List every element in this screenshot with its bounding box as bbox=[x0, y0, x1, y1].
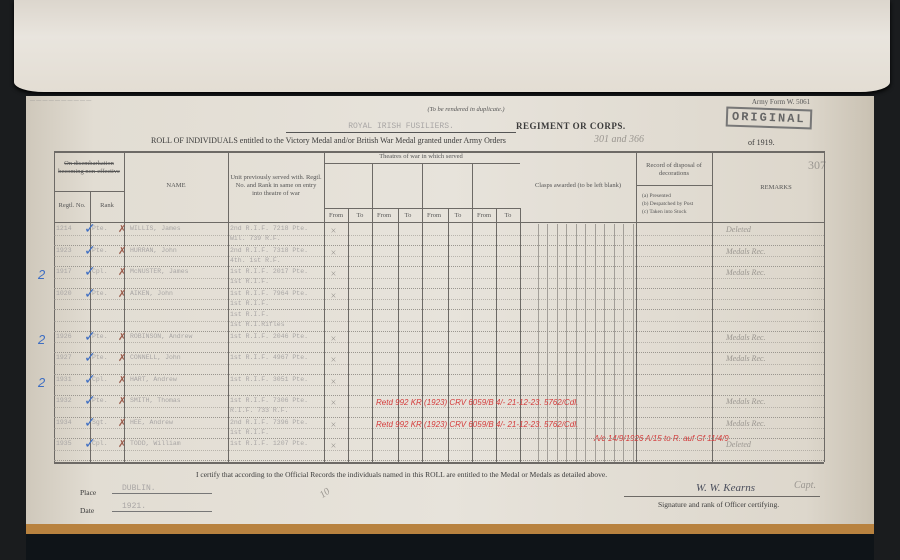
red-ink-annotation: Retd 992 KR (1923) CRV 6059/B 4/- 21-12-… bbox=[376, 398, 578, 407]
regiment-name: ROYAL IRISH FUSILIERS. bbox=[286, 122, 516, 133]
row-subrule bbox=[54, 364, 824, 365]
unit-line2-cell: R.I.F. 733 R.F. bbox=[230, 407, 322, 414]
disposal-option-c: (c) Taken into Stock bbox=[642, 208, 687, 216]
duplicate-note: (To be rendered in duplicate.) bbox=[376, 106, 556, 114]
unit-cell: 1st R.I.F. 2017 Pte. bbox=[230, 268, 322, 275]
table-row: 1923Pte.HURRAN, John2nd R.I.F. 7318 Pte.… bbox=[26, 246, 874, 268]
name-cell: CONNELL, John bbox=[130, 354, 226, 361]
signature: W. W. Kearns bbox=[696, 482, 755, 494]
medal-roll-sheet: — — — — — — — — — — Army Form W. 5061 (T… bbox=[26, 96, 874, 528]
table-row: 1214Pte.WILLIS, James2nd R.I.F. 7218 Pte… bbox=[26, 224, 874, 246]
name-cell: HART, Andrew bbox=[130, 376, 226, 383]
col-rank: Rank bbox=[92, 202, 122, 210]
name-cell: SMITH, Thomas bbox=[130, 397, 226, 404]
row-subrule bbox=[54, 278, 824, 279]
tick-cross-mark-icon: ✗ bbox=[118, 418, 126, 429]
theatre-2-from-header: From bbox=[372, 212, 396, 220]
officer-rank-handwritten: Capt. bbox=[794, 480, 816, 491]
regiment-label: REGIMENT OR CORPS. bbox=[516, 121, 626, 131]
name-cell: WILLIS, James bbox=[130, 225, 226, 232]
row-subrule bbox=[54, 450, 824, 451]
tick-cross-mark-icon: ✗ bbox=[118, 246, 126, 257]
pencil-fraction: 10 bbox=[318, 486, 333, 501]
page-edge bbox=[26, 524, 874, 534]
unit-cell: 1st R.I.F. 4967 Pte. bbox=[230, 354, 322, 361]
binding-background bbox=[26, 534, 874, 560]
row-subrule bbox=[54, 299, 824, 300]
table-row: 1st R.I.F.1st R.I.Rifles bbox=[26, 310, 874, 332]
name-cell: HURRAN, John bbox=[130, 247, 226, 254]
unit-cell: 1st R.I.F. 7964 Pte. bbox=[230, 290, 322, 297]
row-rule bbox=[54, 460, 824, 461]
form-number: Army Form W. 5061 bbox=[726, 98, 836, 106]
remark-cell: Medals Rec. bbox=[726, 268, 826, 277]
unit-line2-cell: Wil. 739 R.F. bbox=[230, 235, 322, 242]
unit-cell: 1st R.I.F. 7306 Pte. bbox=[230, 397, 322, 404]
tick-cross-mark-icon: ✗ bbox=[118, 267, 126, 278]
row-subrule bbox=[54, 385, 824, 386]
remark-cell: Medals Rec. bbox=[726, 333, 826, 342]
remark-cell: Medals Rec. bbox=[726, 397, 826, 406]
row-subrule bbox=[54, 256, 824, 257]
row-subrule bbox=[54, 235, 824, 236]
name-cell: HEE, Andrew bbox=[130, 419, 226, 426]
remark-cell: Medals Rec. bbox=[726, 247, 826, 256]
roll-title: ROLL OF INDIVIDUALS entitled to the Vict… bbox=[151, 136, 506, 145]
roll-year: of 1919. bbox=[748, 138, 775, 147]
theatre-1-to-header: To bbox=[348, 212, 372, 220]
table-row: 1917Cpl.McNUSTER, James1st R.I.F. 2017 P… bbox=[26, 267, 874, 289]
col-disposal: Record of disposal of decorations bbox=[638, 162, 710, 178]
col-clasps: Clasps awarded (to be left blank) bbox=[520, 182, 636, 190]
remark-cell: Deleted bbox=[726, 440, 826, 449]
table-row: 1934Sgt.HEE, Andrew2nd R.I.F. 7396 Pte.1… bbox=[26, 418, 874, 440]
unit-cell: 1st R.I.F. 1207 Pte. bbox=[230, 440, 322, 447]
margin-number: 2 bbox=[38, 267, 45, 282]
tick-cross-mark-icon: ✗ bbox=[118, 224, 126, 235]
row-subrule bbox=[54, 321, 824, 322]
unit-line2-cell: 1st R.I.F. bbox=[230, 278, 322, 285]
table-row: 1935Cpl.TODD, William1st R.I.F. 1207 Pte… bbox=[26, 439, 874, 461]
unit-line2-cell: 1st R.I.F. bbox=[230, 300, 322, 307]
col-name: NAME bbox=[126, 182, 226, 190]
remark-cell: Medals Rec. bbox=[726, 419, 826, 428]
certification-text: I certify that according to the Official… bbox=[196, 470, 607, 479]
unit-line2-cell: 1st R.I.Rifles bbox=[230, 321, 322, 328]
date-label: Date bbox=[80, 506, 94, 515]
row-subrule bbox=[54, 407, 824, 408]
unit-cell: 1st R.I.F. 3051 Pte. bbox=[230, 376, 322, 383]
tick-cross-mark-icon: ✗ bbox=[118, 439, 126, 450]
previous-page-fold bbox=[14, 0, 890, 92]
table-row: 1927Pte.CONNELL, John1st R.I.F. 4967 Pte… bbox=[26, 353, 874, 375]
tick-cross-mark-icon: ✗ bbox=[118, 353, 126, 364]
name-cell: AIKEN, John bbox=[130, 290, 226, 297]
disposal-option-b: (b) Despatched by Post bbox=[642, 200, 693, 208]
table-row: 1926Pte.ROBINSON, Andrew1st R.I.F. 2046 … bbox=[26, 332, 874, 354]
theatre-1-from-header: From bbox=[324, 212, 348, 220]
table-row: 1932Pte.SMITH, Thomas1st R.I.F. 7306 Pte… bbox=[26, 396, 874, 418]
theatre-3-from-header: From bbox=[422, 212, 446, 220]
col-unit: Unit previously served with. Regtl. No. … bbox=[230, 174, 322, 198]
name-cell: TODD, William bbox=[130, 440, 226, 447]
col-regtl-no: Regtl. No. bbox=[56, 202, 88, 210]
table-row: 1931Cpl.HART, Andrew1st R.I.F. 3051 Pte.… bbox=[26, 375, 874, 397]
name-cell: ROBINSON, Andrew bbox=[130, 333, 226, 340]
tick-cross-mark-icon: ✗ bbox=[118, 375, 126, 386]
row-subrule bbox=[54, 428, 824, 429]
tick-cross-mark-icon: ✗ bbox=[118, 289, 126, 300]
col-theatres: Theatres of war in which served bbox=[324, 153, 518, 161]
unit-cell: 2nd R.I.F. 7396 Pte. bbox=[230, 419, 322, 426]
theatre-2-to-header: To bbox=[396, 212, 420, 220]
army-orders-handwritten: 301 and 366 bbox=[594, 134, 644, 145]
theatre-4-from-header: From bbox=[472, 212, 496, 220]
name-cell: McNUSTER, James bbox=[130, 268, 226, 275]
unit-cell: 1st R.I.F. bbox=[230, 311, 322, 318]
unit-cell: 2nd R.I.F. 7318 Pte. bbox=[230, 247, 322, 254]
signature-label: Signature and rank of Officer certifying… bbox=[658, 500, 779, 509]
remark-cell: Deleted bbox=[726, 225, 826, 234]
tick-cross-mark-icon: ✗ bbox=[118, 332, 126, 343]
place-label: Place bbox=[80, 488, 96, 497]
place-value: DUBLIN. bbox=[112, 484, 212, 494]
margin-number: 2 bbox=[38, 332, 45, 347]
disposal-option-a: (a) Presented bbox=[642, 192, 671, 200]
row-subrule bbox=[54, 342, 824, 343]
remark-cell: Medals Rec. bbox=[726, 354, 826, 363]
unit-cell: 2nd R.I.F. 7218 Pte. bbox=[230, 225, 322, 232]
margin-number: 2 bbox=[38, 375, 45, 390]
table-row: 1020Pte.AIKEN, John1st R.I.F. 7964 Pte.1… bbox=[26, 289, 874, 311]
col-on-disembarkation: On disembarkation becoming non-effective bbox=[54, 160, 124, 176]
unit-cell: 1st R.I.F. 2046 Pte. bbox=[230, 333, 322, 340]
red-ink-annotation: Retd 992 KR (1923) CRV 6059/B 4/- 21-12-… bbox=[376, 420, 578, 429]
unit-line2-cell: 1st R.I.F. bbox=[230, 429, 322, 436]
theatre-3-to-header: To bbox=[446, 212, 470, 220]
tick-cross-mark-icon: ✗ bbox=[118, 396, 126, 407]
date-value: 1921. bbox=[112, 502, 212, 512]
original-stamp: ORIGINAL bbox=[726, 107, 812, 130]
col-remarks: REMARKS bbox=[716, 184, 836, 192]
unit-line2-cell: 4th. 1st R.F. bbox=[230, 257, 322, 264]
theatre-4-to-header: To bbox=[496, 212, 520, 220]
